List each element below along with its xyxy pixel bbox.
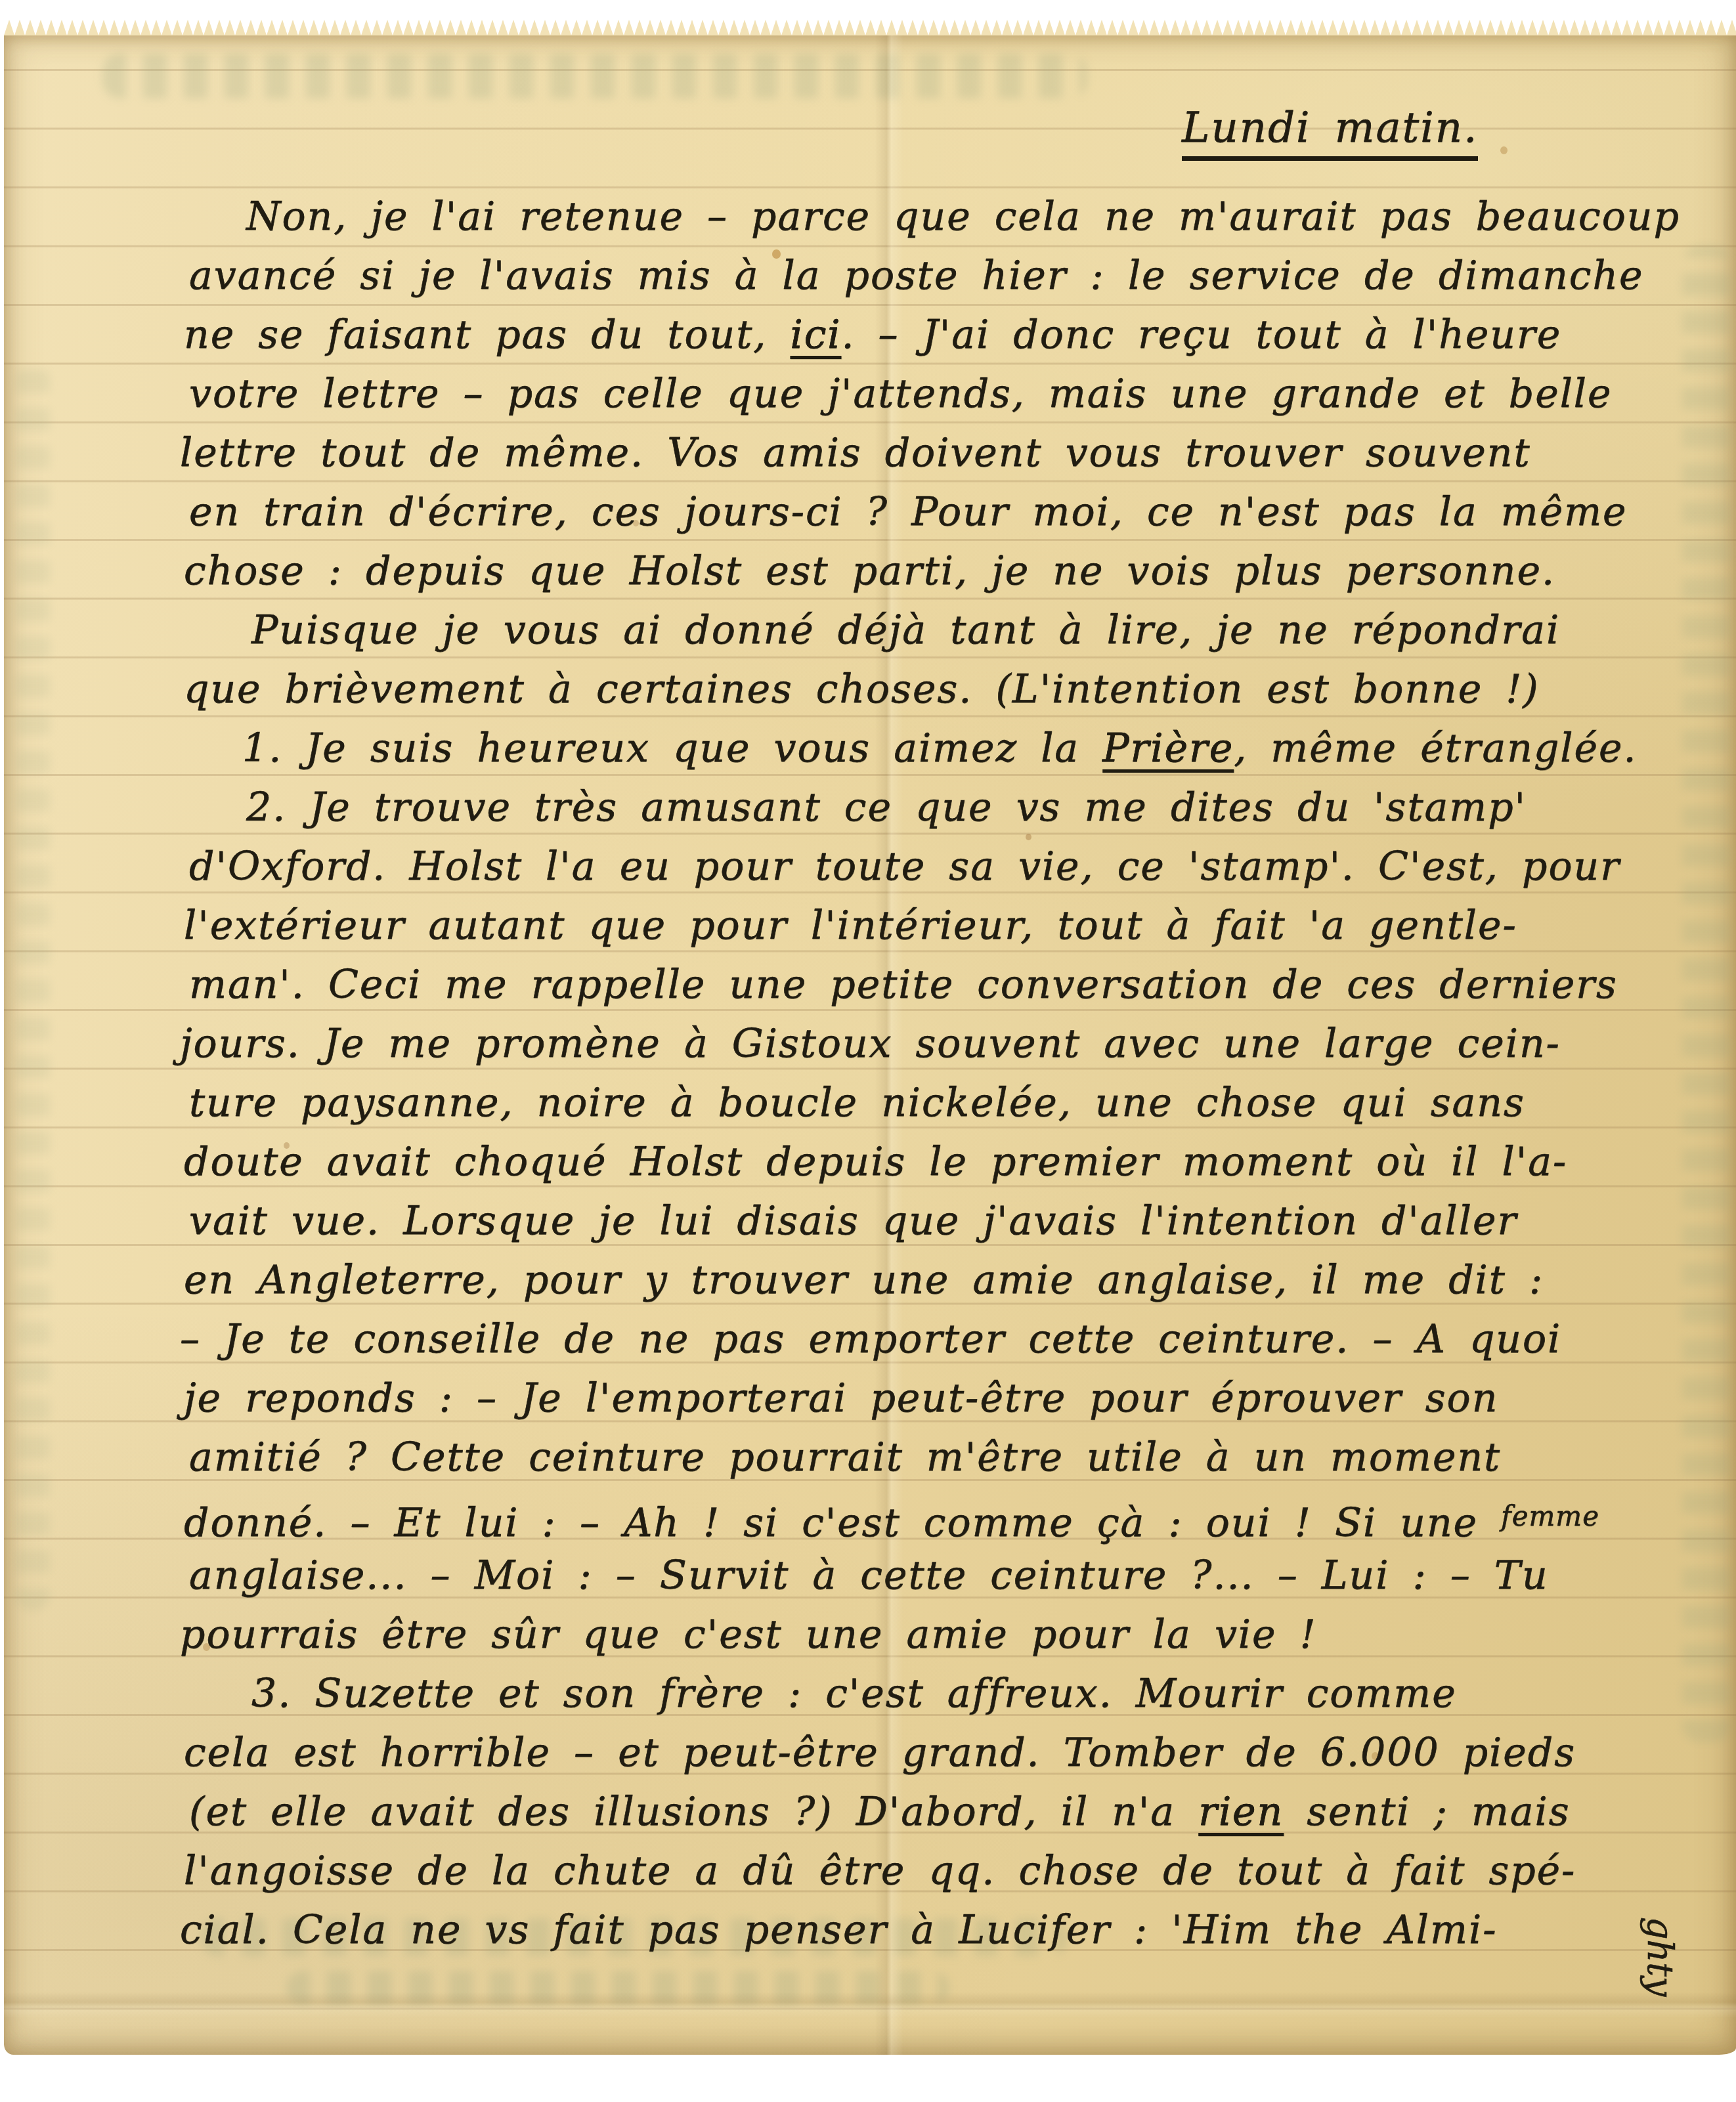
text-segment: cela est horrible – et peut-être grand. … — [184, 1730, 1576, 1776]
ink-showthrough — [102, 54, 1087, 98]
letter-line: je reponds : – Je l'emporterai peut-être… — [184, 1369, 1683, 1428]
letter-line: amitié ? Cette ceinture pourrait m'être … — [189, 1428, 1683, 1487]
letter-line: man'. Ceci me rappelle une petite conver… — [189, 955, 1683, 1014]
letter-line: ne se faisant pas du tout, ici. – J'ai d… — [184, 305, 1683, 364]
letter-line: (et elle avait des illusions ?) D'abord,… — [189, 1782, 1683, 1841]
text-segment: d'Oxford. Holst l'a eu pour toute sa vie… — [189, 844, 1620, 890]
text-segment: amitié ? Cette ceinture pourrait m'être … — [189, 1434, 1501, 1480]
letter-line: cela est horrible – et peut-être grand. … — [184, 1723, 1683, 1782]
letter-line: Non, je l'ai retenue – parce que cela ne… — [184, 187, 1683, 246]
text-segment: ture paysanne, noire à boucle nickelée, … — [189, 1080, 1525, 1126]
text-segment: en Angleterre, pour y trouver une amie a… — [184, 1257, 1544, 1303]
text-segment: jours. Je me promène à Gistoux souvent a… — [180, 1021, 1561, 1067]
text-segment: , même étranglée. — [1234, 725, 1637, 771]
text-segment: man'. Ceci me rappelle une petite conver… — [189, 962, 1618, 1008]
text-segment: 1. Je suis heureux que vous aimez la — [242, 725, 1102, 771]
letter-line: doute avait choqué Holst depuis le premi… — [184, 1132, 1683, 1191]
text-segment: l'angoisse de la chute a dû être qq. cho… — [184, 1848, 1576, 1894]
text-segment: avancé si je l'avais mis à la poste hier… — [189, 253, 1644, 299]
text-segment: que brièvement à certaines choses. (L'in… — [184, 666, 1540, 712]
text-segment: lettre tout de même. Vos amis doivent vo… — [180, 430, 1531, 476]
letter-dateline: Lundi matin. — [184, 98, 1683, 187]
scanner-background: { "document": { "kind": "scanned handwri… — [0, 0, 1736, 2102]
underlined-word: Prière — [1102, 725, 1234, 771]
text-segment: femme — [1501, 1500, 1599, 1532]
text-segment: Puisque je vous ai donné déjà tant à lir… — [251, 607, 1560, 653]
letter-line: – Je te conseille de ne pas emporter cet… — [180, 1310, 1683, 1369]
letter-line: votre lettre – pas celle que j'attends, … — [189, 364, 1683, 423]
letter-line: vait vue. Lorsque je lui disais que j'av… — [189, 1191, 1683, 1251]
text-segment: anglaise... – Moi : – Survit à cette cei… — [189, 1553, 1549, 1598]
letter-line: donné. – Et lui : – Ah ! si c'est comme … — [184, 1487, 1683, 1546]
letter-line: 2. Je trouve très amusant ce que vs me d… — [184, 778, 1683, 837]
text-segment: (et elle avait des illusions ?) D'abord,… — [189, 1789, 1198, 1835]
text-segment: vait vue. Lorsque je lui disais que j'av… — [189, 1198, 1517, 1244]
text-segment: cial. Cela ne vs fait pas penser à Lucif… — [180, 1907, 1497, 1953]
underlined-word: ici — [790, 312, 841, 358]
text-segment: votre lettre – pas celle que j'attends, … — [189, 371, 1613, 417]
underlined-word: rien — [1198, 1789, 1284, 1835]
text-segment: 2. Je trouve très amusant ce que vs me d… — [246, 784, 1527, 830]
letter-line: pourrais être sûr que c'est une amie pou… — [180, 1605, 1683, 1664]
text-segment: senti ; mais — [1284, 1789, 1570, 1835]
text-segment: en train d'écrire, ces jours-ci ? Pour m… — [189, 489, 1628, 535]
torn-edge — [4, 20, 1736, 35]
letter-line: chose : depuis que Holst est parti, je n… — [184, 542, 1683, 601]
letter-line: cial. Cela ne vs fait pas penser à Lucif… — [180, 1900, 1683, 1960]
text-segment: – Je te conseille de ne pas emporter cet… — [180, 1316, 1561, 1362]
text-segment: je reponds : – Je l'emporterai peut-être… — [184, 1375, 1498, 1421]
letter-line: 3. Suzette et son frère : c'est affreux.… — [189, 1664, 1683, 1723]
letter-line: anglaise... – Moi : – Survit à cette cei… — [189, 1546, 1683, 1605]
letter-line: en Angleterre, pour y trouver une amie a… — [184, 1251, 1683, 1310]
letter-line: ture paysanne, noire à boucle nickelée, … — [189, 1073, 1683, 1132]
dateline-text: Lundi matin. — [1182, 104, 1478, 161]
letter-line: 1. Je suis heureux que vous aimez la Pri… — [180, 719, 1683, 778]
letter-line: Puisque je vous ai donné déjà tant à lir… — [189, 601, 1683, 660]
ink-showthrough — [16, 364, 50, 1611]
letter-content: Lundi matin. Non, je l'ai retenue – parc… — [184, 98, 1683, 1960]
letter-line: en train d'écrire, ces jours-ci ? Pour m… — [189, 483, 1683, 542]
letter-line: lettre tout de même. Vos amis doivent vo… — [180, 423, 1683, 483]
horizontal-fold-crease — [4, 1992, 1736, 2018]
letter-line: jours. Je me promène à Gistoux souvent a… — [180, 1014, 1683, 1073]
letter-line: d'Oxford. Holst l'a eu pour toute sa vie… — [189, 837, 1683, 896]
text-segment: ne se faisant pas du tout, — [184, 312, 790, 358]
text-segment: chose : depuis que Holst est parti, je n… — [184, 548, 1555, 594]
letter-line: que brièvement à certaines choses. (L'in… — [184, 660, 1683, 719]
vertical-overflow-text: ghty — [1639, 1917, 1681, 1997]
letter-line: avancé si je l'avais mis à la poste hier… — [189, 246, 1683, 305]
text-segment: pourrais être sûr que c'est une amie pou… — [180, 1612, 1317, 1658]
foxing-specks — [4, 35, 7, 39]
letter-line: l'extérieur autant que pour l'intérieur,… — [184, 896, 1683, 955]
letter-line: l'angoisse de la chute a dû être qq. cho… — [184, 1841, 1683, 1900]
text-segment: doute avait choqué Holst depuis le premi… — [184, 1139, 1567, 1185]
letter-page: Lundi matin. Non, je l'ai retenue – parc… — [4, 35, 1736, 2055]
text-segment: . – J'ai donc reçu tout à l'heure — [841, 312, 1561, 358]
text-segment: 3. Suzette et son frère : c'est affreux.… — [251, 1671, 1457, 1717]
text-segment: Non, je l'ai retenue – parce que cela ne… — [246, 194, 1680, 240]
ink-showthrough — [1682, 246, 1731, 1742]
letter-body: Non, je l'ai retenue – parce que cela ne… — [184, 187, 1683, 1960]
text-segment: l'extérieur autant que pour l'intérieur,… — [184, 903, 1517, 949]
text-segment: donné. – Et lui : – Ah ! si c'est comme … — [184, 1500, 1501, 1546]
